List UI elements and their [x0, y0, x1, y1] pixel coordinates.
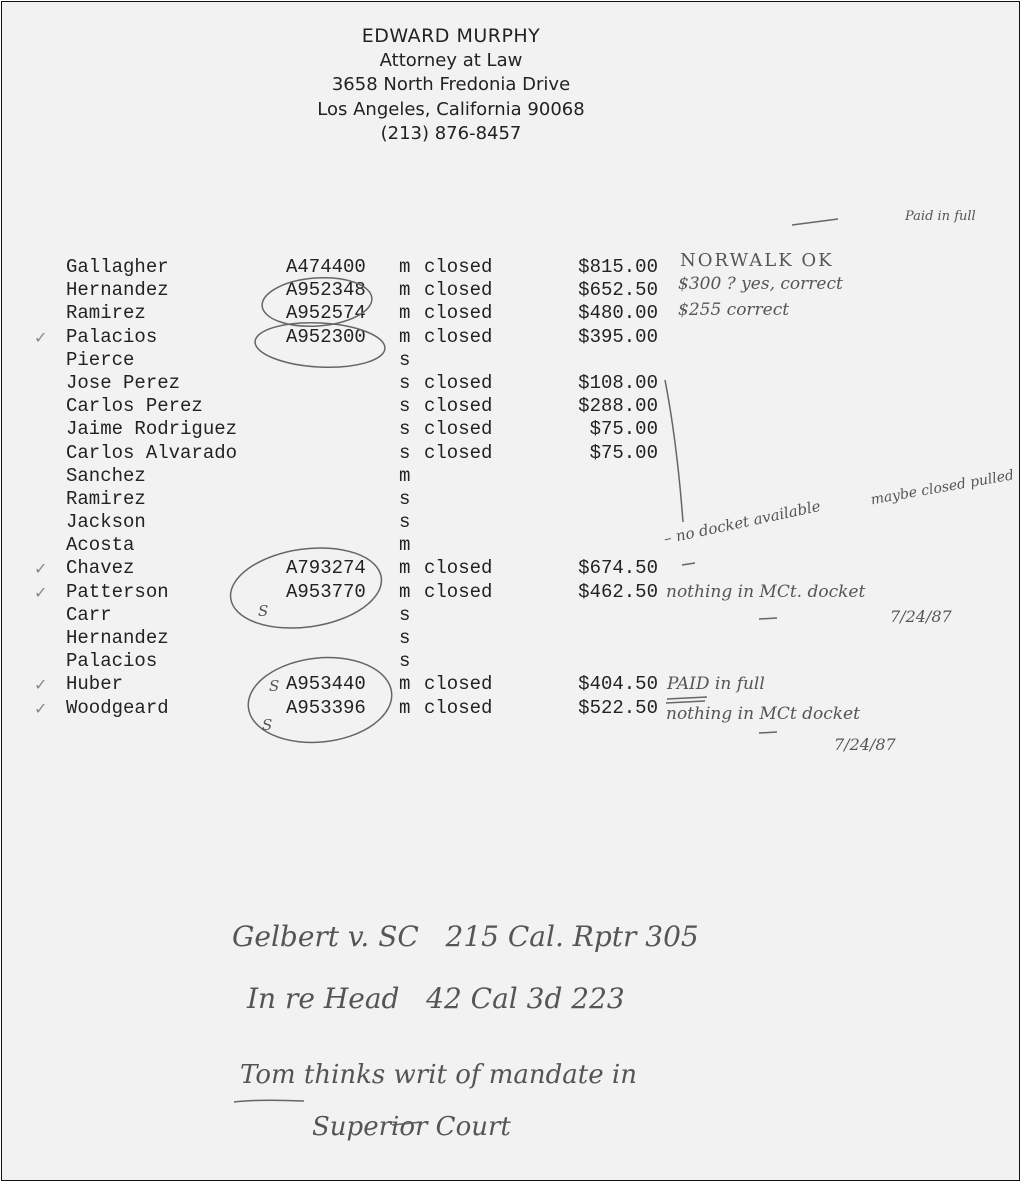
citation-head: In re Head 42 Cal 3d 223	[247, 982, 625, 1015]
document-page: EDWARD MURPHY Attorney at Law 3658 North…	[1, 1, 1020, 1181]
annotation-patterson: nothing in MCt. docket	[666, 582, 865, 602]
annotation-hernandez: $300 ? yes, correct	[678, 274, 843, 294]
s-mark: S	[269, 677, 279, 695]
annotation-huber: PAID in full	[667, 674, 765, 694]
annotation-woodgeard: nothing in MCt docket	[666, 704, 860, 724]
s-mark: S	[262, 716, 272, 734]
note-writ-of-mandate: Tom thinks writ of mandate in	[240, 1060, 637, 1090]
annotation-norwalk: NORWALK OK	[680, 250, 834, 271]
s-mark: S	[258, 602, 268, 620]
annotation-paid-in-full: Paid in full	[905, 210, 985, 224]
note-superior-court: Superior Court	[312, 1112, 511, 1142]
annotation-ramirez: $255 correct	[678, 300, 789, 320]
citation-gelbert: Gelbert v. SC 215 Cal. Rptr 305	[232, 920, 699, 953]
annotation-woodgeard-date: 7/24/87	[834, 735, 896, 754]
annotation-patterson-date: 7/24/87	[890, 607, 952, 626]
